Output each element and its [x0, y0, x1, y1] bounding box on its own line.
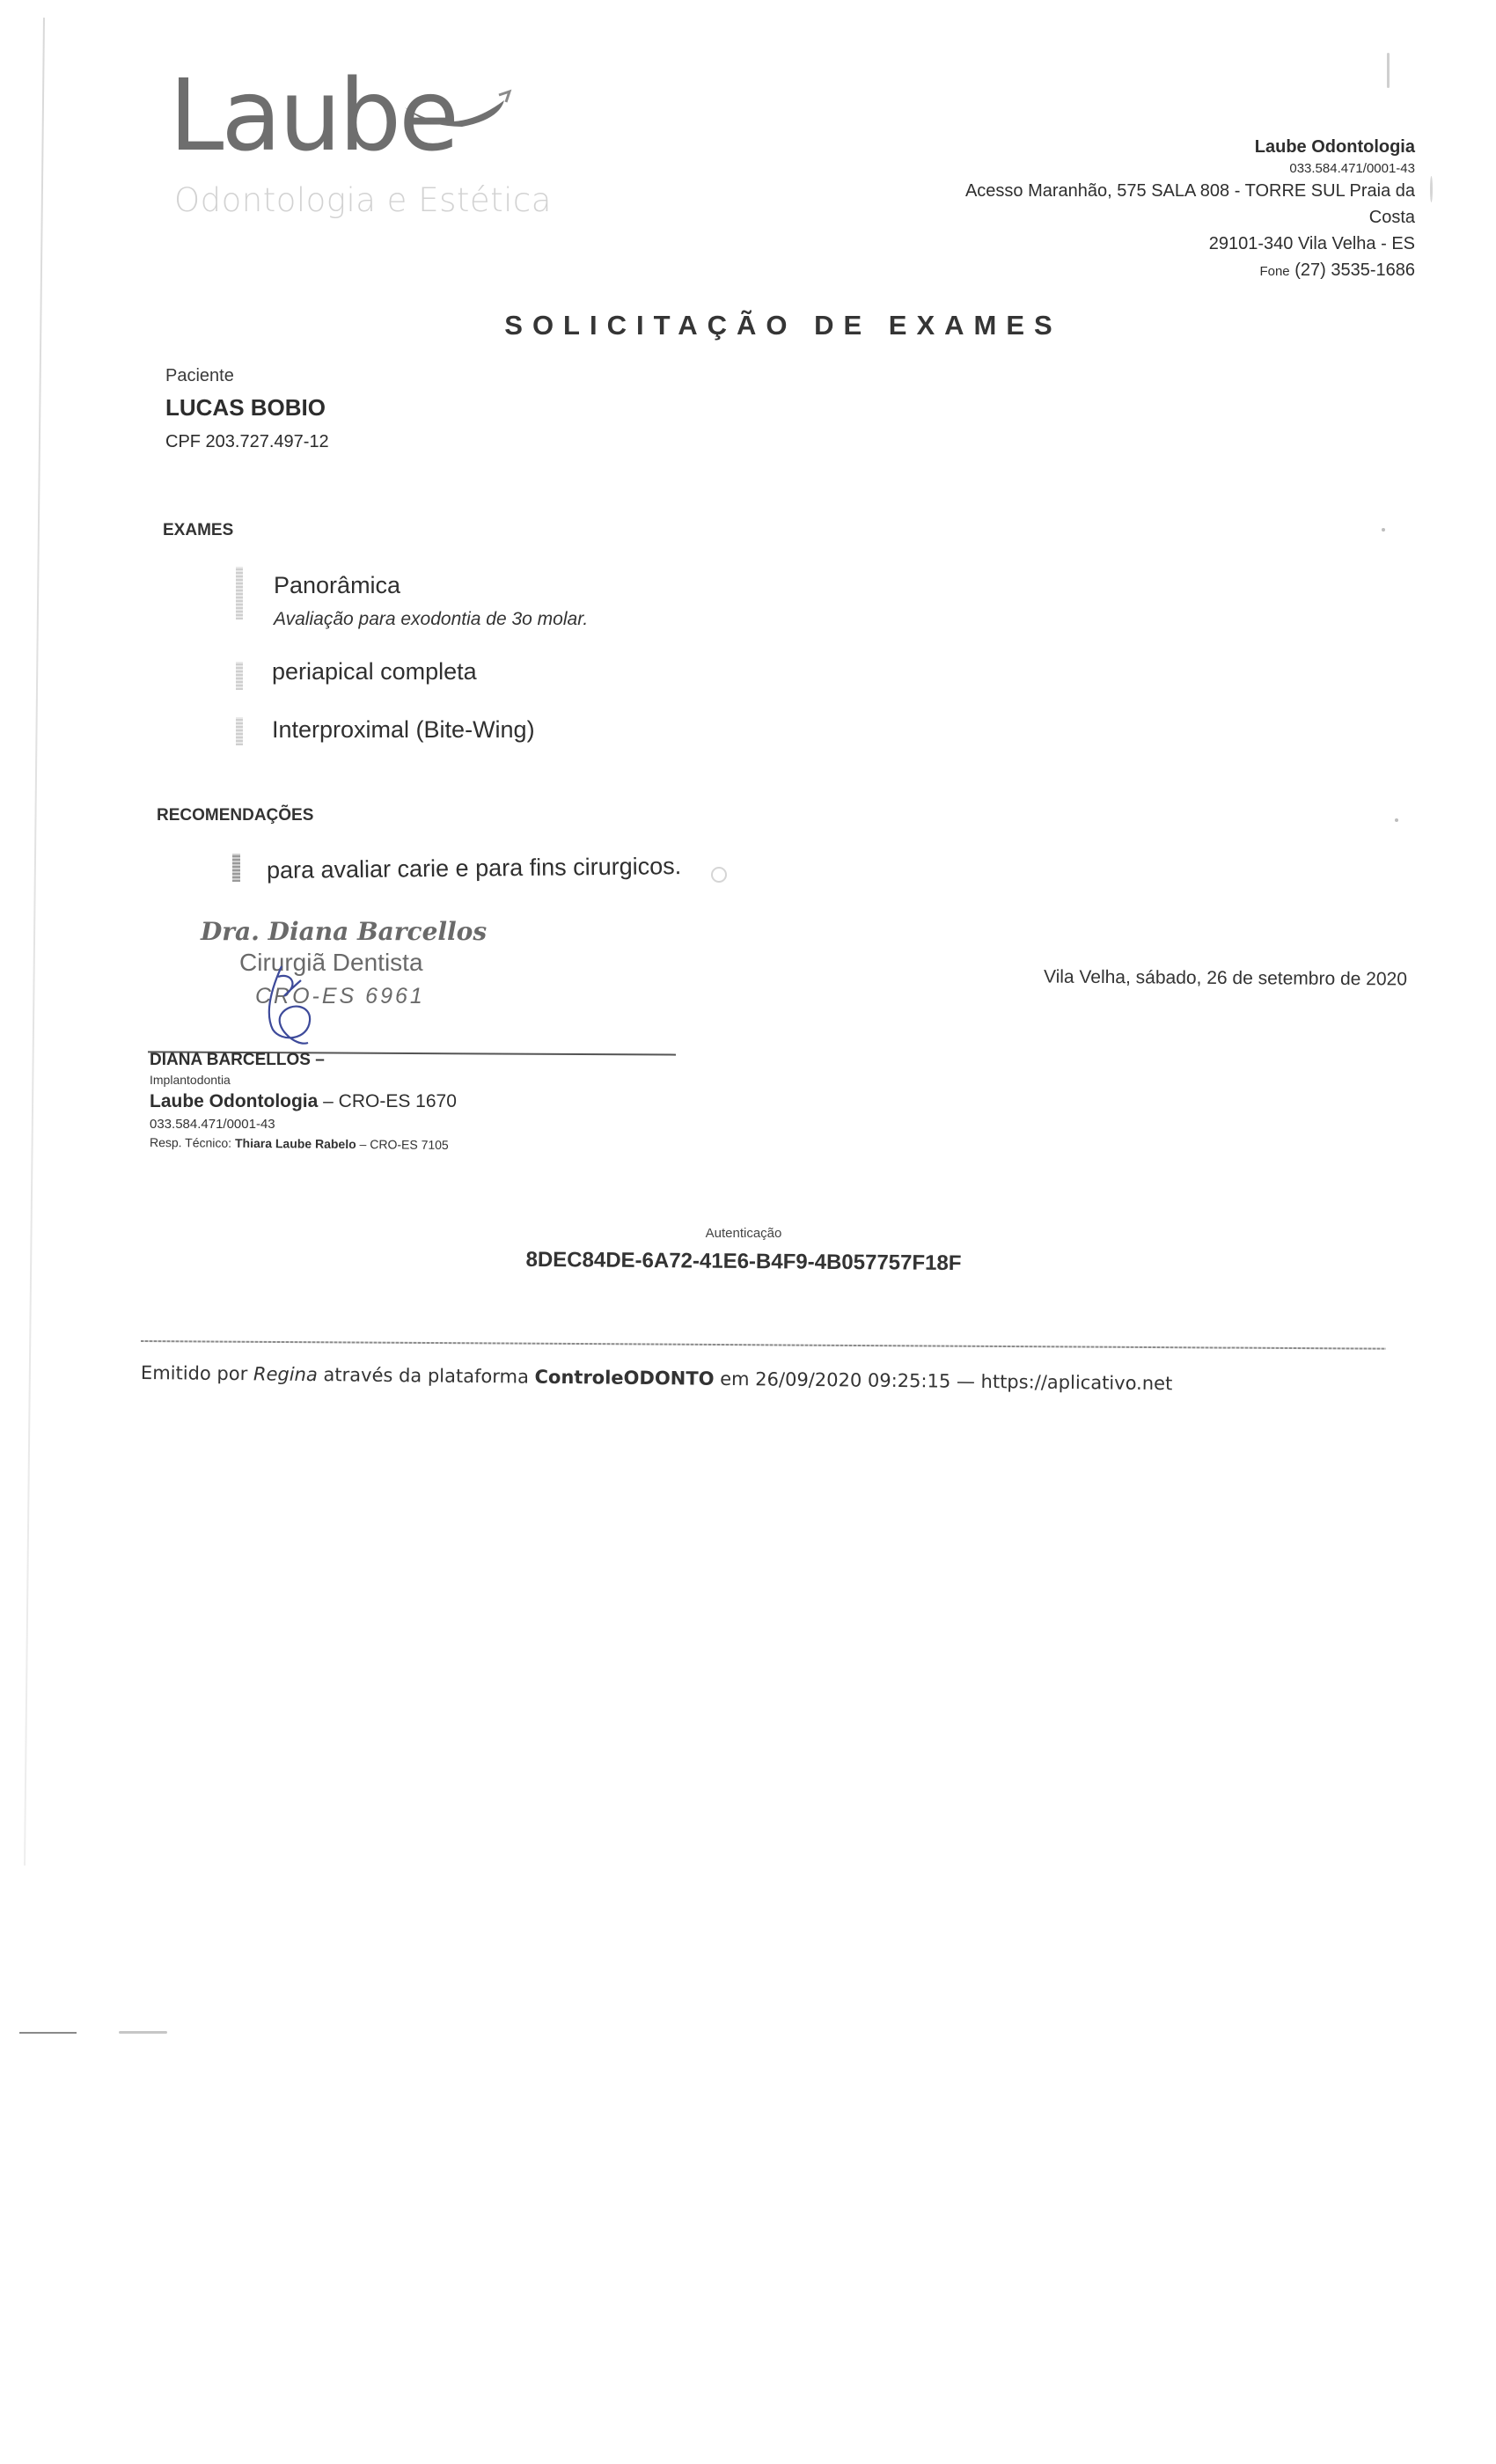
logo-tagline: Odontologia e Estética [174, 181, 552, 219]
footer-user: Regina [253, 1363, 318, 1385]
clinic-address-2: Costa [965, 204, 1415, 231]
footer-platform: ControleODONTO [534, 1367, 714, 1390]
phone-label: Fone [1259, 264, 1289, 279]
scan-speck [1430, 176, 1433, 202]
scan-mark [19, 2032, 77, 2034]
authentication-code: 8DEC84DE-6A72-41E6-B4F9-4B057757F18F [0, 1243, 1487, 1281]
document-title: SOLICITAÇÃO DE EXAMES [0, 310, 1496, 341]
exam-item-name: periapical completa [272, 658, 477, 686]
clinic-city: 29101-340 Vila Velha - ES [965, 231, 1415, 257]
footer-emission: Emitido por Regina através da plataforma… [141, 1362, 1173, 1394]
date-line: Vila Velha, sábado, 26 de setembro de 20… [1044, 967, 1407, 991]
resp-cro: – CRO-ES 7105 [356, 1137, 449, 1152]
exam-item-name: Interproximal (Bite-Wing) [272, 716, 535, 744]
exam-marker [236, 662, 243, 690]
scan-speck [1387, 53, 1390, 88]
exam-marker [236, 567, 243, 620]
stamp-doctor: Dra. Diana Barcellos [201, 917, 487, 946]
exam-item-name: Panorâmica [274, 572, 400, 599]
scan-edge-line [24, 18, 45, 1866]
authentication-label: Autenticação [0, 1226, 1487, 1241]
resp-name: Thiara Laube Rabelo [235, 1136, 356, 1151]
signer-clinic: Laube Odontologia – CRO-ES 1670 [150, 1091, 457, 1112]
phone-value: (27) 3535-1686 [1294, 260, 1415, 280]
clinic-cnpj: 033.584.471/0001-43 [965, 160, 1415, 178]
scan-speck [1382, 528, 1385, 532]
patient-name: LUCAS BOBIO [165, 394, 326, 422]
footer-suffix: em 26/09/2020 09:25:15 — https://aplicat… [714, 1368, 1172, 1394]
recommendation-text: para avaliar carie e para fins cirurgico… [267, 853, 682, 884]
clinic-address: Acesso Maranhão, 575 SALA 808 - TORRE SU… [965, 178, 1415, 204]
patient-label: Paciente [165, 366, 234, 386]
scan-mark [119, 2031, 167, 2034]
scan-speck [711, 867, 727, 883]
signer-name: DIANA BARCELLOS – [150, 1051, 325, 1070]
handwritten-signature-icon [246, 959, 343, 1056]
scan-speck [1395, 818, 1398, 822]
technical-responsible: Resp. Técnico: Thiara Laube Rabelo – CRO… [150, 1135, 449, 1152]
clinic-header: Laube Odontologia 033.584.471/0001-43 Ac… [965, 134, 1415, 285]
recommendations-heading: RECOMENDAÇÕES [157, 806, 313, 825]
exam-marker [236, 717, 243, 745]
signer-clinic-cro: – CRO-ES 1670 [318, 1091, 457, 1111]
clinic-name: Laube Odontologia [965, 134, 1415, 160]
resp-label: Resp. Técnico: [150, 1135, 235, 1150]
footer-divider [141, 1340, 1386, 1350]
smile-logo-icon [400, 88, 515, 141]
signer-cnpj: 033.584.471/0001-43 [150, 1117, 275, 1132]
exams-heading: EXAMES [163, 521, 233, 540]
recommendation-marker [232, 854, 240, 882]
footer-prefix: Emitido por [141, 1362, 253, 1384]
footer-middle: através da plataforma [318, 1364, 535, 1388]
patient-cpf: CPF 203.727.497-12 [165, 432, 329, 452]
clinic-phone: Fone (27) 3535-1686 [965, 257, 1415, 285]
exam-item-note: Avaliação para exodontia de 3o molar. [274, 609, 588, 630]
signer-specialty: Implantodontia [150, 1073, 231, 1087]
signer-clinic-name: Laube Odontologia [150, 1091, 318, 1111]
